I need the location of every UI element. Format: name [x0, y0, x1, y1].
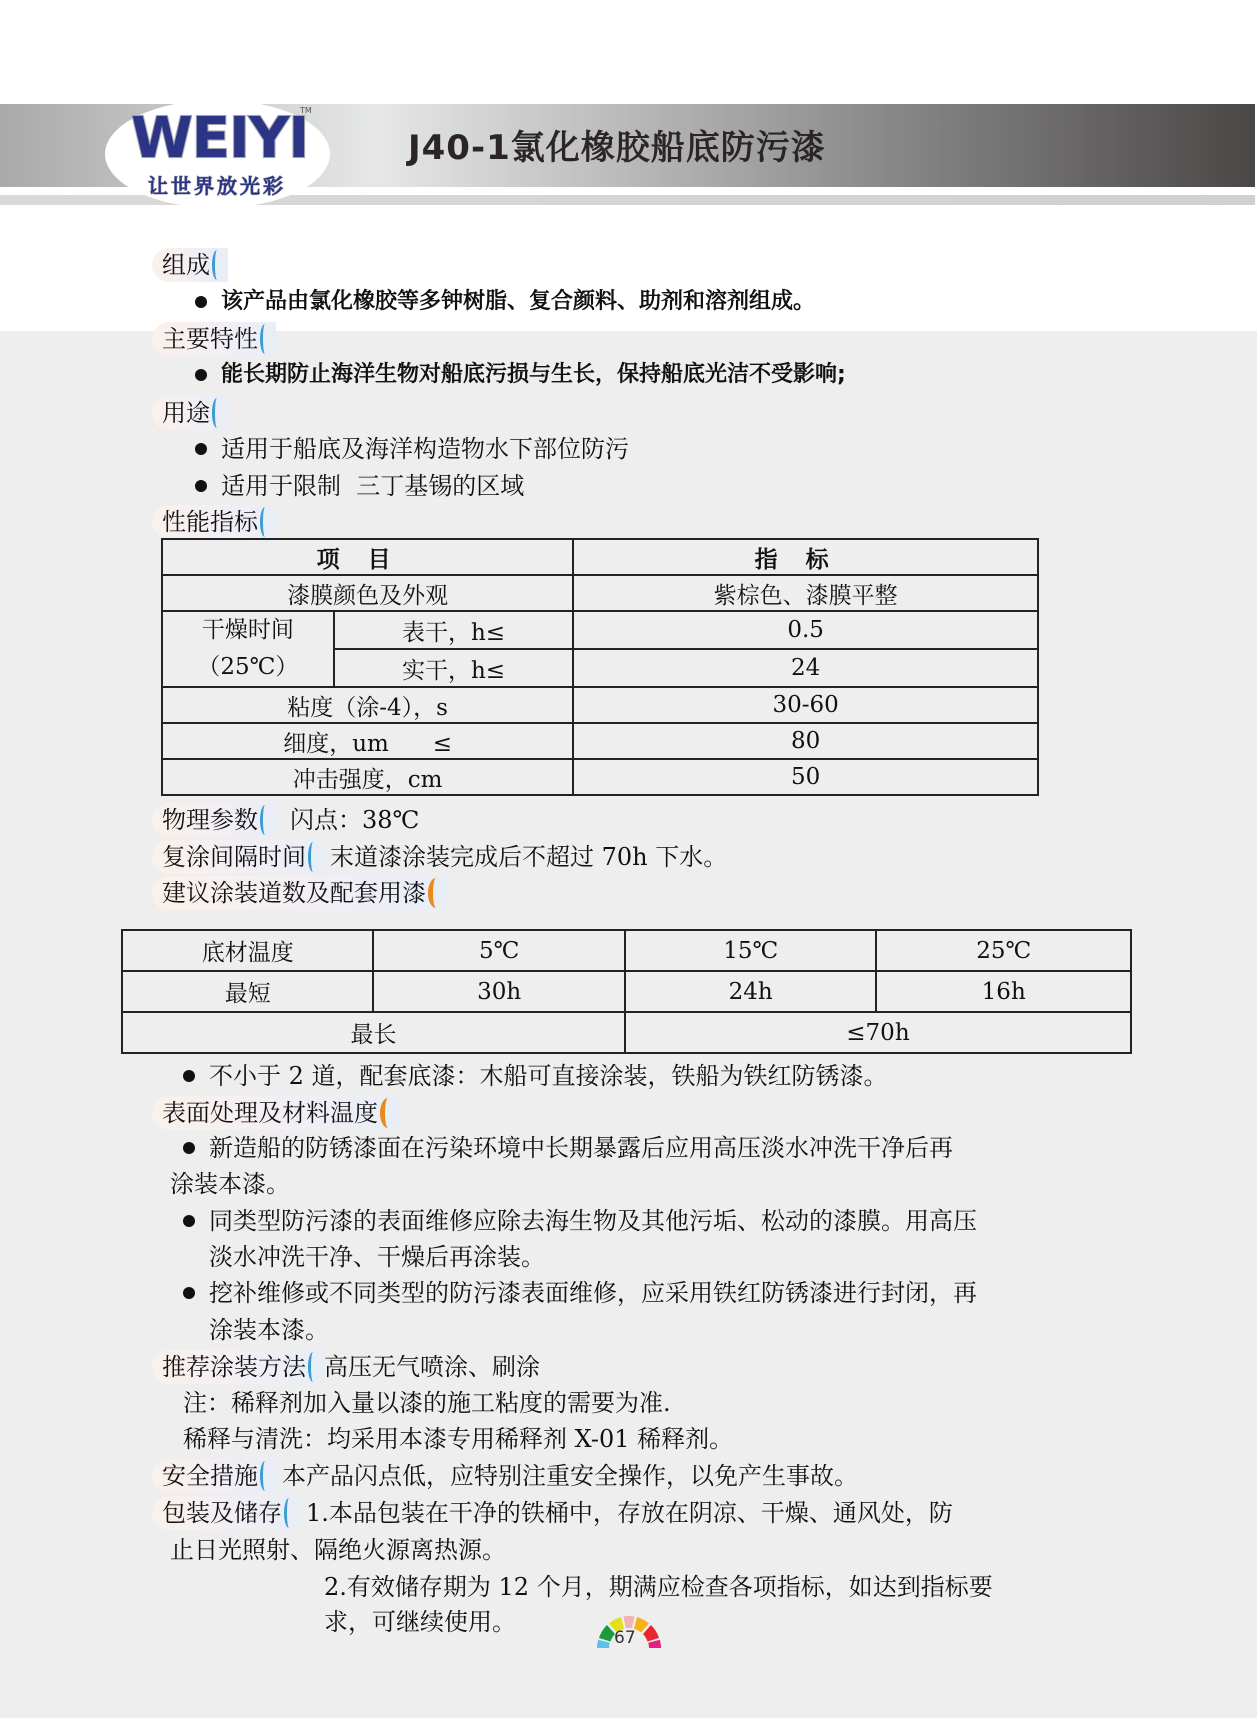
table-cell: 30-60 — [573, 687, 1038, 723]
group-sublabel: （25℃） — [163, 649, 333, 686]
list-item-text: 该产品由氯化橡胶等多钟树脂、复合颜料、助剂和溶剂组成。 — [221, 285, 815, 319]
arc-icon — [212, 398, 222, 428]
table-cell: 表干，h≤ — [334, 611, 573, 649]
list-item-text: 挖补维修或不同类型的防污漆表面维修，应采用铁红防锈漆进行封闭，再 — [209, 1276, 977, 1310]
list-item-text: 同类型防污漆的表面维修应除去海生物及其他污垢、松动的漆膜。用高压 — [209, 1204, 977, 1238]
table-cell: 15℃ — [625, 930, 877, 971]
section-heading: 组成 — [152, 248, 228, 282]
list-item: 能长期防止海洋生物对船底污损与生长，保持船底光洁不受影响; — [195, 358, 846, 392]
section-heading: 复涂间隔时间 — [152, 840, 324, 874]
section-usage: 用途 — [152, 396, 228, 430]
table-cell: 最短 — [122, 971, 373, 1012]
section-inline-text: 本产品闪点低，应特别注重安全操作，以免产生事故。 — [282, 1459, 858, 1493]
table-cell: 粘度（涂-4），s — [162, 687, 573, 723]
storage-text-continuation: 止日光照射、隔绝火源离热源。 — [170, 1532, 506, 1568]
table-row: 细度，um ≤ 80 — [162, 723, 1038, 759]
column-header-value: 指标 — [573, 539, 1038, 575]
list-item-continuation: 涂装本漆。 — [209, 1312, 329, 1348]
section-safety: 安全措施 本产品闪点低，应特别注重安全操作，以免产生事故。 — [152, 1459, 858, 1493]
bullet-icon — [195, 369, 207, 381]
brand-name: WEIYI — [131, 108, 306, 170]
section-coats: 建议涂装道数及配套用漆 — [152, 876, 450, 910]
table-row: 粘度（涂-4），s 30-60 — [162, 687, 1038, 723]
table-cell: 漆膜颜色及外观 — [162, 575, 573, 611]
brand-slogan: 让世界放光彩 — [127, 170, 307, 199]
table-cell: 底材温度 — [122, 930, 373, 971]
section-heading: 推荐涂装方法 — [152, 1350, 324, 1384]
table-cell: 25℃ — [876, 930, 1131, 971]
section-heading: 建议涂装道数及配套用漆 — [152, 876, 450, 910]
performance-table: 项目 指标 漆膜颜色及外观 紫棕色、漆膜平整 干燥时间 （25℃） 表干，h≤ … — [161, 538, 1039, 796]
page-number: 67 — [614, 1628, 636, 1648]
note-text: 注：稀释剂加入量以漆的施工粘度的需要为准. — [183, 1385, 671, 1421]
list-item: 适用于船底及海洋构造物水下部位防污 — [195, 432, 629, 466]
page-title: J40-1氯化橡胶船底防污漆 — [408, 120, 826, 169]
bullet-icon — [183, 1215, 195, 1227]
arc-icon — [212, 250, 222, 280]
section-heading: 包装及储存 — [152, 1496, 300, 1530]
list-item-text: 适用于船底及海洋构造物水下部位防污 — [221, 432, 629, 466]
list-item: 不小于 2 道，配套底漆：木船可直接涂装，铁船为铁红防锈漆。 — [183, 1059, 888, 1093]
section-heading: 表面处理及材料温度 — [152, 1096, 402, 1130]
section-method: 推荐涂装方法 高压无气喷涂、刷涂 — [152, 1350, 540, 1384]
page-number-badge: 67 — [594, 1614, 664, 1650]
table-cell: 50 — [573, 759, 1038, 795]
table-row: 底材温度 5℃ 15℃ 25℃ — [122, 930, 1131, 971]
table-cell: 0.5 — [573, 611, 1038, 649]
arc-icon — [380, 1098, 396, 1128]
arc-icon — [260, 507, 270, 537]
storage-text-continuation: 求，可继续使用。 — [324, 1604, 516, 1640]
section-heading: 主要特性 — [152, 322, 276, 356]
column-header-item: 项目 — [162, 539, 573, 575]
list-item: 该产品由氯化橡胶等多钟树脂、复合颜料、助剂和溶剂组成。 — [195, 285, 815, 319]
section-heading-text: 主要特性 — [162, 322, 258, 356]
section-inline-text: 闪点：38℃ — [290, 803, 419, 837]
table-cell: 16h — [876, 971, 1131, 1012]
arc-icon — [260, 324, 270, 354]
section-heading-text: 组成 — [162, 248, 210, 282]
table-cell: 24h — [625, 971, 877, 1012]
section-composition: 组成 — [152, 248, 228, 282]
bullet-icon — [183, 1142, 195, 1154]
group-label: 干燥时间 — [163, 612, 333, 649]
section-heading: 性能指标 — [152, 505, 276, 539]
list-item: 适用于限制 三丁基锡的区域 — [195, 469, 524, 503]
list-item: 挖补维修或不同类型的防污漆表面维修，应采用铁红防锈漆进行封闭，再 — [183, 1276, 977, 1310]
arc-icon — [308, 1352, 318, 1382]
table-row: 干燥时间 （25℃） 表干，h≤ 0.5 — [162, 611, 1038, 649]
table-header-row: 项目 指标 — [162, 539, 1038, 575]
recoat-interval-table: 底材温度 5℃ 15℃ 25℃ 最短 30h 24h 16h 最长 ≤70h — [121, 929, 1132, 1054]
arc-icon — [428, 878, 444, 908]
section-recoat: 复涂间隔时间 末道漆涂装完成后不超过 70h 下水。 — [152, 840, 727, 874]
section-heading-text: 用途 — [162, 396, 210, 430]
table-cell: 5℃ — [373, 930, 625, 971]
table-cell: 最长 — [122, 1012, 625, 1053]
bullet-icon — [195, 443, 207, 455]
section-heading-text: 推荐涂装方法 — [162, 1350, 306, 1384]
arc-icon — [284, 1498, 294, 1528]
bullet-icon — [183, 1287, 195, 1299]
section-heading-text: 表面处理及材料温度 — [162, 1096, 378, 1130]
table-cell: 紫棕色、漆膜平整 — [573, 575, 1038, 611]
section-heading-text: 建议涂装道数及配套用漆 — [162, 876, 426, 910]
section-heading-text: 安全措施 — [162, 1459, 258, 1493]
list-item-text: 能长期防止海洋生物对船底污损与生长，保持船底光洁不受影响; — [221, 358, 846, 392]
table-row: 最短 30h 24h 16h — [122, 971, 1131, 1012]
list-item-text: 不小于 2 道，配套底漆：木船可直接涂装，铁船为铁红防锈漆。 — [209, 1059, 888, 1093]
section-features: 主要特性 — [152, 322, 276, 356]
section-inline-text: 末道漆涂装完成后不超过 70h 下水。 — [330, 840, 727, 874]
table-cell: 冲击强度，cm — [162, 759, 573, 795]
bullet-icon — [195, 480, 207, 492]
table-cell: ≤70h — [625, 1012, 1131, 1053]
arc-icon — [308, 842, 318, 872]
list-item-text: 适用于限制 三丁基锡的区域 — [221, 469, 524, 503]
section-heading-text: 包装及储存 — [162, 1496, 282, 1530]
section-physical: 物理参数 闪点：38℃ — [152, 803, 419, 837]
table-cell: 24 — [573, 649, 1038, 687]
table-cell-group: 干燥时间 （25℃） — [162, 611, 334, 687]
section-heading: 物理参数 — [152, 803, 276, 837]
table-cell: 30h — [373, 971, 625, 1012]
arc-icon — [260, 1461, 270, 1491]
section-heading: 用途 — [152, 396, 228, 430]
section-storage: 包装及储存 1.本品包装在干净的铁桶中，存放在阴凉、干燥、通风处，防 — [152, 1496, 953, 1530]
list-item-continuation: 涂装本漆。 — [170, 1166, 290, 1202]
list-item: 同类型防污漆的表面维修应除去海生物及其他污垢、松动的漆膜。用高压 — [183, 1204, 977, 1238]
list-item-continuation: 淡水冲洗干净、干燥后再涂装。 — [209, 1239, 545, 1275]
section-heading-text: 性能指标 — [162, 505, 258, 539]
note-text: 稀释与清洗：均采用本漆专用稀释剂 X-01 稀释剂。 — [183, 1421, 733, 1457]
table-row: 漆膜颜色及外观 紫棕色、漆膜平整 — [162, 575, 1038, 611]
trademark-mark: TM — [300, 106, 312, 115]
storage-text: 2.有效储存期为 12 个月，期满应检查各项指标，如达到指标要 — [324, 1569, 993, 1605]
table-cell: 细度，um ≤ — [162, 723, 573, 759]
section-heading: 安全措施 — [152, 1459, 276, 1493]
brand-logo: WEIYI TM 让世界放光彩 — [105, 100, 330, 208]
section-inline-text: 高压无气喷涂、刷涂 — [324, 1350, 540, 1384]
table-cell: 实干，h≤ — [334, 649, 573, 687]
table-row: 冲击强度，cm 50 — [162, 759, 1038, 795]
list-item-text: 新造船的防锈漆面在污染环境中长期暴露后应用高压淡水冲洗干净后再 — [209, 1131, 953, 1165]
table-row: 最长 ≤70h — [122, 1012, 1131, 1053]
list-item: 新造船的防锈漆面在污染环境中长期暴露后应用高压淡水冲洗干净后再 — [183, 1131, 953, 1165]
section-surface: 表面处理及材料温度 — [152, 1096, 402, 1130]
arc-icon — [260, 805, 270, 835]
table-cell: 80 — [573, 723, 1038, 759]
section-inline-text: 1.本品包装在干净的铁桶中，存放在阴凉、干燥、通风处，防 — [306, 1496, 953, 1530]
section-performance: 性能指标 — [152, 505, 276, 539]
section-heading-text: 物理参数 — [162, 803, 258, 837]
bullet-icon — [195, 296, 207, 308]
bullet-icon — [183, 1070, 195, 1082]
section-heading-text: 复涂间隔时间 — [162, 840, 306, 874]
